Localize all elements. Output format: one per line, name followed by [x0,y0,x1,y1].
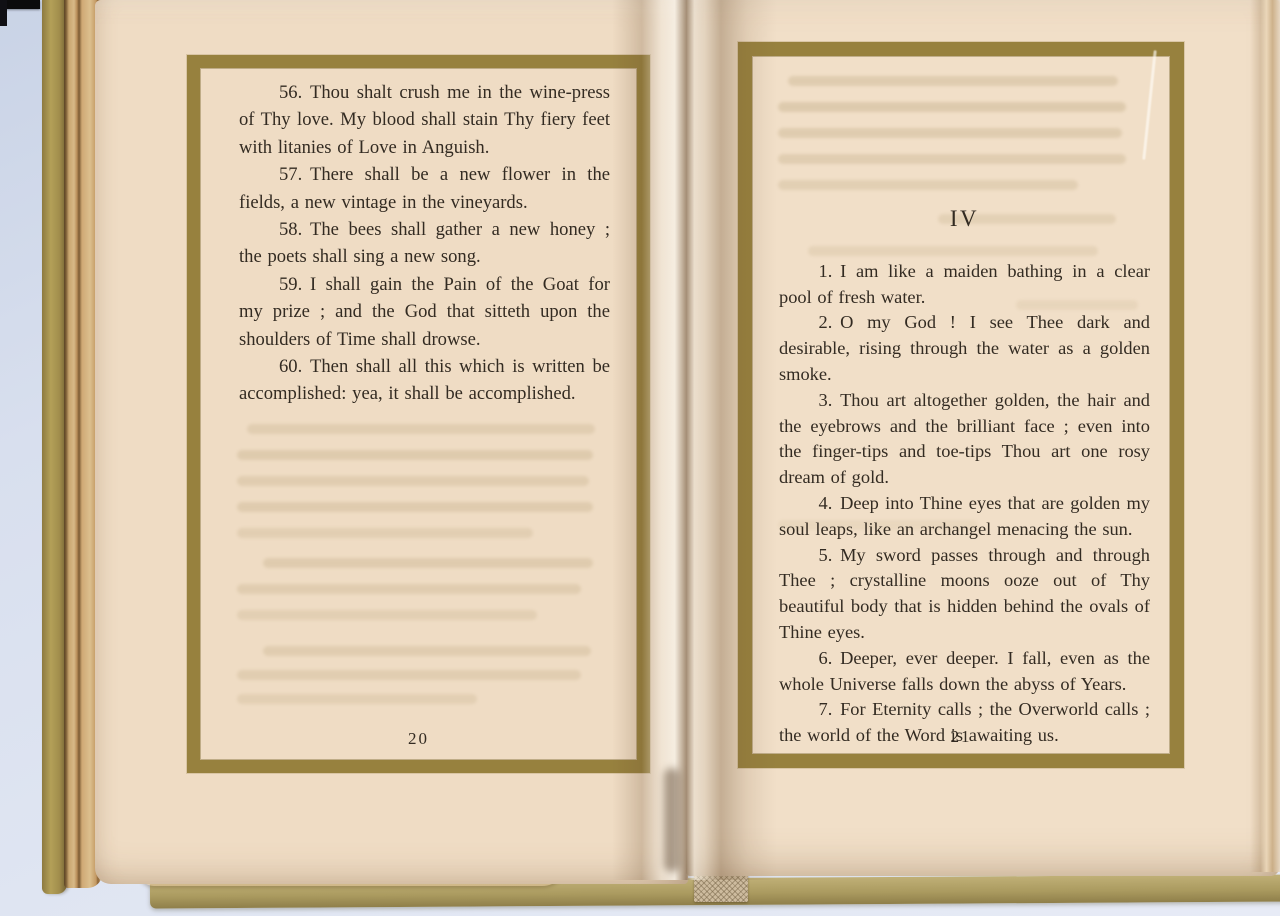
verse-number: 56. [279,82,302,103]
verse-number: 60. [279,356,302,377]
book-scan-photo: 56.Thou shalt crush me in the wine-press… [0,0,1280,916]
verse-number: 59. [279,274,302,295]
verse-number: 57. [279,164,302,185]
verse-text: My sword passes through and through Thee… [779,545,1150,642]
verse: 6.Deeper, ever deeper. I fall, even as t… [779,646,1150,698]
left-page-gold-border: 56.Thou shalt crush me in the wine-press… [187,55,650,773]
verse-number: 1. [819,261,833,281]
verse: 3.Thou art altogether golden, the hair a… [779,388,1150,491]
verse-text: I am like a maiden bathing in a clear po… [779,261,1150,307]
verse: 2.O my God ! I see Thee dark and desirab… [779,310,1150,387]
verse-text: Thou art altogether golden, the hair and… [779,390,1150,487]
verse-number: 5. [819,545,833,565]
right-page-verses: 1.I am like a maiden bathing in a clear … [779,259,1150,749]
right-page-text: IV 1.I am like a maiden bathing in a cle… [752,206,1170,749]
verse: 57.There shall be a new flower in the fi… [239,161,610,216]
page-number-right: 21 [738,727,1184,747]
verse-number: 3. [819,390,833,410]
verse: 56.Thou shalt crush me in the wine-press… [239,79,610,161]
scanner-black-edge-side [0,0,7,26]
verse: 5.My sword passes through and through Th… [779,543,1150,646]
verse-number: 6. [819,648,833,668]
verse: 1.I am like a maiden bathing in a clear … [779,259,1150,311]
verse-number: 58. [279,219,302,240]
verse: 58.The bees shall gather a new honey ; t… [239,216,610,271]
left-page: 56.Thou shalt crush me in the wine-press… [95,0,688,884]
chapter-heading: IV [779,206,1150,232]
verse-number: 7. [819,699,833,719]
page-number-left: 20 [187,729,650,749]
gutter-bottom-shadow [664,768,680,872]
verse-text: Deeper, ever deeper. I fall, even as the… [779,648,1150,694]
verse-text: Deep into Thine eyes that are golden my … [779,493,1150,539]
verse-number: 4. [819,493,833,513]
left-page-text: 56.Thou shalt crush me in the wine-press… [200,68,637,408]
verse: 4.Deep into Thine eyes that are golden m… [779,491,1150,543]
verse-number: 2. [819,312,833,332]
right-page: IV 1.I am like a maiden bathing in a cle… [686,0,1280,876]
verse-text: O my God ! I see Thee dark and desirable… [779,312,1150,384]
verse: 59.I shall gain the Pain of the Goat for… [239,271,610,353]
verse: 60.Then shall all this which is written … [239,353,610,408]
right-page-gold-border: IV 1.I am like a maiden bathing in a cle… [738,42,1184,768]
